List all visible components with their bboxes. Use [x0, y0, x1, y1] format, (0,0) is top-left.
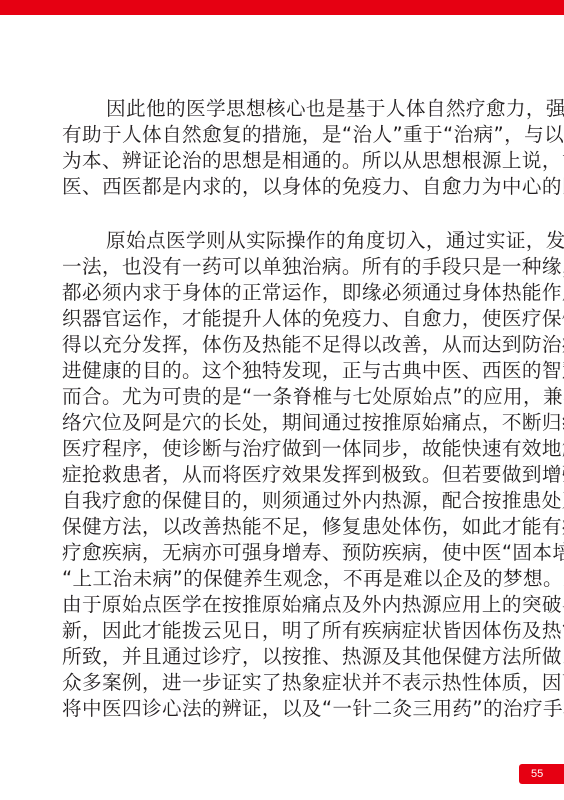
text-line: 而合。尤为可贵的是“一条脊椎与七处原始点”的应用，兼具经: [62, 384, 504, 410]
text-line: “上工治未病”的保健养生观念，不再是难以企及的梦想。此外，: [62, 566, 504, 592]
text-line: 因此他的医学思想核心也是基于人体自然疗愈力，强调采取: [62, 96, 504, 122]
document-body: 因此他的医学思想核心也是基于人体自然疗愈力，强调采取 有助于人体自然愈复的措施，…: [62, 96, 504, 722]
text-line: 医疗程序，使诊断与治疗做到一体同步，故能快速有效地解除病: [62, 436, 504, 462]
text-line: 都必须内求于身体的正常运作，即缘必须通过身体热能作用及组: [62, 280, 504, 306]
text-line: 得以充分发挥，体伤及热能不足得以改善，从而达到防治疾病促: [62, 332, 504, 358]
text-line: 织器官运作，才能提升人体的免疫力、自愈力，使医疗保健之缘: [62, 306, 504, 332]
text-line: 由于原始点医学在按推原始痛点及外内热源应用上的突破与创: [62, 592, 504, 618]
page-number-badge: 55: [519, 764, 564, 784]
text-line: 为本、辨证论治的思想是相通的。所以从思想根源上说，古典中: [62, 148, 504, 174]
paragraph-2: 原始点医学则从实际操作的角度切入，通过实证，发现没有 一法，也没有一药可以单独治…: [62, 228, 504, 722]
text-line: 所致，并且通过诊疗，以按推、热源及其他保健方法所做出来的: [62, 644, 504, 670]
header-accent-band: [0, 0, 564, 15]
text-line: 原始点医学则从实际操作的角度切入，通过实证，发现没有: [62, 228, 504, 254]
text-line: 自我疗愈的保健目的，则须通过外内热源，配合按推患处及其他: [62, 488, 504, 514]
text-line: 众多案例，进一步证实了热象症状并不表示热性体质，因而得以: [62, 670, 504, 696]
text-line: 保健方法，以改善热能不足，修复患处体伤，如此才能有病自我: [62, 514, 504, 540]
paragraph-1: 因此他的医学思想核心也是基于人体自然疗愈力，强调采取 有助于人体自然愈复的措施，…: [62, 96, 504, 200]
text-line: 医、西医都是内求的，以身体的免疫力、自愈力为中心的医学。: [62, 174, 504, 200]
text-line: 将中医四诊心法的辨证，以及“一针二灸三用药”的治疗手段，: [62, 696, 504, 722]
text-line: 新，因此才能拨云见日，明了所有疾病症状皆因体伤及热能不足: [62, 618, 504, 644]
text-line: 疗愈疾病，无病亦可强身增寿、预防疾病，使中医“固本培元”及: [62, 540, 504, 566]
text-line: 有助于人体自然愈复的措施，是“治人”重于“治病”，与以人: [62, 122, 504, 148]
text-line: 进健康的目的。这个独特发现，正与古典中医、西医的智慧不谋: [62, 358, 504, 384]
text-line: 一法，也没有一药可以单独治病。所有的手段只是一种缘，最终: [62, 254, 504, 280]
text-line: 症抢救患者，从而将医疗效果发挥到极致。但若要做到增强体力，: [62, 462, 504, 488]
text-line: 络穴位及阿是穴的长处，期间通过按推原始痛点，不断归纳简化: [62, 410, 504, 436]
